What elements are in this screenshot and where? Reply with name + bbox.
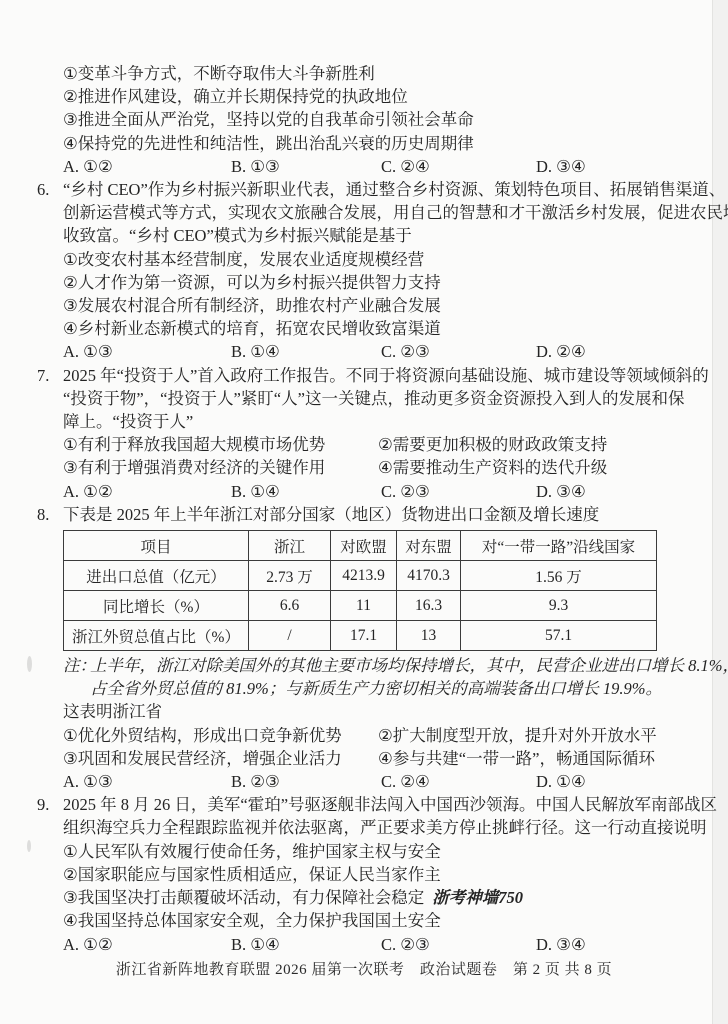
q9-answer-c: C. ②③ (381, 933, 536, 956)
q8-lead: 这表明浙江省 (63, 700, 697, 723)
q8-option-4: ④参与共建“一带一路”，畅通国际循环 (378, 747, 697, 770)
q6-answers: A. ①③ B. ①④ C. ②③ D. ②④ (63, 340, 697, 363)
q5-answer-c: C. ②④ (381, 155, 536, 178)
table-cell: 13 (397, 621, 461, 651)
table-header-cell: 对“一带一路”沿线国家 (461, 531, 657, 561)
q6-option-4: ④乡村新业态新模式的培育，拓宽农民增收致富渠道 (63, 317, 697, 340)
scan-speck (27, 656, 32, 672)
q8-option-3: ③巩固和发展民营经济，增强企业活力 (63, 747, 378, 770)
table-header-row: 项目 浙江 对欧盟 对东盟 对“一带一路”沿线国家 (64, 531, 657, 561)
q5-answers: A. ①② B. ①③ C. ②④ D. ③④ (63, 155, 697, 178)
q5-option-4: ④保持党的先进性和纯洁性，跳出治乱兴衰的历史周期律 (63, 132, 697, 155)
q6-answer-c: C. ②③ (381, 340, 536, 363)
q7-answers: A. ①② B. ①④ C. ②③ D. ③④ (63, 480, 697, 503)
question-6: 6. “乡村 CEO”作为乡村振兴新职业代表，通过整合乡村资源、策划特色项目、拓… (37, 178, 697, 364)
q5-answer-b: B. ①③ (231, 155, 381, 178)
q7-stem-line-3: 障上。“投资于人” (63, 410, 697, 433)
q7-option-4: ④需要推动生产资料的迭代升级 (378, 456, 697, 479)
table-cell: 17.1 (331, 621, 397, 651)
q9-answer-b: B. ①④ (231, 933, 381, 956)
page-footer: 浙江省新阵地教育联盟 2026 届第一次联考 政治试题卷 第 2 页 共 8 页 (0, 958, 728, 979)
q8-note-line-1: 注：上半年，浙江对除美国外的其他主要市场均保持增长，其中，民营企业进出口增长 8… (63, 654, 697, 677)
q7-option-1: ①有利于释放我国超大规模市场优势 (63, 433, 378, 456)
q5-option-2: ②推进作风建设，确立并长期保持党的执政地位 (63, 85, 697, 108)
q8-data-table: 项目 浙江 对欧盟 对东盟 对“一带一路”沿线国家 进出口总值（亿元） 2.73… (63, 530, 657, 651)
q9-option-4: ④我国坚持总体国家安全观，全力保护我国国土安全 (63, 909, 697, 932)
q8-options: ①优化外贸结构，形成出口竞争新优势 ②扩大制度型开放，提升对外开放水平 ③巩固和… (63, 724, 697, 770)
table-cell: 浙江外贸总值占比（%） (64, 621, 249, 651)
table-header-cell: 浙江 (249, 531, 331, 561)
q8-answer-c: C. ②④ (381, 770, 536, 793)
question-5: ①变革斗争方式，不断夺取伟大斗争新胜利 ②推进作风建设，确立并长期保持党的执政地… (37, 62, 697, 178)
table-row: 浙江外贸总值占比（%） / 17.1 13 57.1 (64, 621, 657, 651)
q7-option-3: ③有利于增强消费对经济的关键作用 (63, 456, 378, 479)
q7-answer-c: C. ②③ (381, 480, 536, 503)
scan-speck (27, 840, 31, 852)
q5-answer-a: A. ①② (63, 155, 231, 178)
q8-option-2: ②扩大制度型开放，提升对外开放水平 (378, 724, 697, 747)
table-cell: 4170.3 (397, 561, 461, 591)
table-cell: 2.73 万 (249, 561, 331, 591)
q5-answer-d: D. ③④ (536, 155, 697, 178)
q7-answer-d: D. ③④ (536, 480, 697, 503)
table-cell: 1.56 万 (461, 561, 657, 591)
q6-stem-line-3: 收致富。“乡村 CEO”模式为乡村振兴赋能是基于 (63, 224, 697, 247)
table-cell: 6.6 (249, 591, 331, 621)
table-row: 进出口总值（亿元） 2.73 万 4213.9 4170.3 1.56 万 (64, 561, 657, 591)
q9-stem-line-2: 组织海空兵力全程跟踪监视并依法驱离，严正要求美方停止挑衅行径。这一行动直接说明 (63, 816, 697, 839)
q8-note-line-2: 占全省外贸总值的 81.9%；与新质生产力密切相关的高端装备出口增长 19.9%… (90, 677, 697, 700)
q8-answers: A. ①③ B. ②③ C. ②④ D. ①④ (63, 770, 697, 793)
q8-answer-d: D. ①④ (536, 770, 697, 793)
q9-answers: A. ①② B. ①④ C. ②③ D. ③④ (63, 933, 697, 956)
q6-answer-d: D. ②④ (536, 340, 697, 363)
table-cell: 16.3 (397, 591, 461, 621)
q9-answer-a: A. ①② (63, 933, 231, 956)
exam-page: ①变革斗争方式，不断夺取伟大斗争新胜利 ②推进作风建设，确立并长期保持党的执政地… (0, 0, 728, 1024)
q8-option-1: ①优化外贸结构，形成出口竞争新优势 (63, 724, 378, 747)
q6-option-1: ①改变农村基本经营制度，发展农业适度规模经营 (63, 248, 697, 271)
table-cell: 57.1 (461, 621, 657, 651)
question-8: 8. 下表是 2025 年上半年浙江对部分国家（地区）货物进出口金额及增长速度 … (37, 503, 697, 793)
table-cell: 9.3 (461, 591, 657, 621)
q7-stem-line-2: “投资于物”，“投资于人”紧盯“人”这一关键点，推动更多资金资源投入到人的发展和… (63, 387, 697, 410)
q9-option-3: ③我国坚决打击颠覆破坏活动，有力保障社会稳定浙考神墙750 (63, 886, 697, 909)
q6-answer-b: B. ①④ (231, 340, 381, 363)
question-7-number: 7. (37, 364, 63, 503)
question-9-number: 9. (37, 793, 63, 955)
q7-option-2: ②需要更加积极的财政政策支持 (378, 433, 697, 456)
q6-option-3: ③发展农村混合所有制经济，助推农村产业融合发展 (63, 294, 697, 317)
table-header-cell: 项目 (64, 531, 249, 561)
watermark-text: 浙考神墙750 (432, 888, 523, 907)
q9-stem-line-1: 2025 年 8 月 26 日，美军“霍珀”号驱逐舰非法闯入中国西沙领海。中国人… (63, 793, 697, 816)
q6-stem-line-1: “乡村 CEO”作为乡村振兴新职业代表，通过整合乡村资源、策划特色项目、拓展销售… (63, 178, 697, 201)
table-cell: / (249, 621, 331, 651)
table-cell: 进出口总值（亿元） (64, 561, 249, 591)
question-9: 9. 2025 年 8 月 26 日，美军“霍珀”号驱逐舰非法闯入中国西沙领海。… (37, 793, 697, 955)
exam-content: ①变革斗争方式，不断夺取伟大斗争新胜利 ②推进作风建设，确立并长期保持党的执政地… (37, 62, 697, 956)
q8-answer-a: A. ①③ (63, 770, 231, 793)
scan-edge (712, 0, 728, 1024)
q6-option-2: ②人才作为第一资源，可以为乡村振兴提供智力支持 (63, 271, 697, 294)
q7-answer-b: B. ①④ (231, 480, 381, 503)
q5-option-3: ③推进全面从严治党，坚持以党的自我革命引领社会革命 (63, 108, 697, 131)
q8-answer-b: B. ②③ (231, 770, 381, 793)
q6-stem-line-2: 创新运营模式等方式，实现农文旅融合发展，用自己的智慧和才干激活乡村发展，促进农民… (63, 201, 697, 224)
table-cell: 同比增长（%） (64, 591, 249, 621)
q9-option-1: ①人民军队有效履行使命任务，维护国家主权与安全 (63, 840, 697, 863)
q6-answer-a: A. ①③ (63, 340, 231, 363)
q7-answer-a: A. ①② (63, 480, 231, 503)
q8-note-label: 注： (63, 654, 90, 677)
q9-option-2: ②国家职能应与国家性质相适应，保证人民当家作主 (63, 863, 697, 886)
q9-answer-d: D. ③④ (536, 933, 697, 956)
question-6-number: 6. (37, 178, 63, 364)
q8-stem: 下表是 2025 年上半年浙江对部分国家（地区）货物进出口金额及增长速度 (63, 503, 697, 526)
question-8-number: 8. (37, 503, 63, 793)
q5-option-1: ①变革斗争方式，不断夺取伟大斗争新胜利 (63, 62, 697, 85)
question-7: 7. 2025 年“投资于人”首入政府工作报告。不同于将资源向基础设施、城市建设… (37, 364, 697, 503)
table-cell: 4213.9 (331, 561, 397, 591)
table-row: 同比增长（%） 6.6 11 16.3 9.3 (64, 591, 657, 621)
q7-stem-line-1: 2025 年“投资于人”首入政府工作报告。不同于将资源向基础设施、城市建设等领域… (63, 364, 697, 387)
table-header-cell: 对东盟 (397, 531, 461, 561)
q7-options: ①有利于释放我国超大规模市场优势 ②需要更加积极的财政政策支持 ③有利于增强消费… (63, 433, 697, 479)
table-header-cell: 对欧盟 (331, 531, 397, 561)
table-cell: 11 (331, 591, 397, 621)
